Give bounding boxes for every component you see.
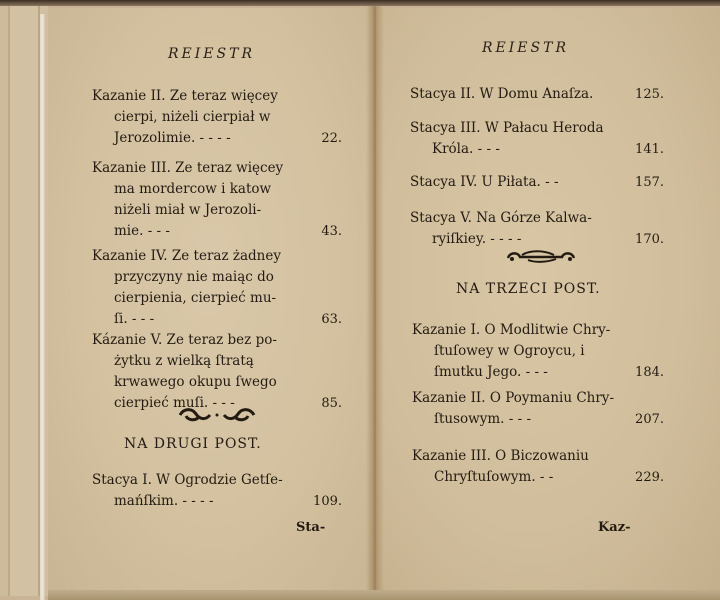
section-title: NA TRZECI POST. <box>456 281 601 297</box>
page-number: 184. <box>635 362 664 383</box>
top-shadow <box>0 0 720 6</box>
right-page-heading: REIESTR <box>482 40 569 56</box>
toc-entry: Kazanie II. Ze teraz więcey cierpi, niże… <box>92 86 342 149</box>
right-page: REIESTR Stacya II. W Domu Anaſza. 125. S… <box>376 8 720 592</box>
section-title: NA DRUGI POST. <box>124 436 262 452</box>
page-number: 22. <box>321 128 342 149</box>
page-number: 207. <box>635 409 664 430</box>
book-spread: REIESTR Kazanie II. Ze teraz więcey cier… <box>0 0 720 600</box>
toc-entry: Stacya V. Na Górze Kalwa- ryiſkiey. - - … <box>410 208 664 250</box>
toc-entry: Kazanie II. O Poymaniu Chry- ſtusowym. -… <box>412 388 664 430</box>
toc-entry: Kazanie IV. Ze teraz żadney przyczyny ni… <box>92 246 342 330</box>
page-number: 125. <box>635 84 664 105</box>
glass-edge <box>40 14 45 600</box>
page-number: 229. <box>635 467 664 488</box>
toc-entry: Kazanie III. Ze teraz więcey ma morderco… <box>92 158 342 242</box>
left-page-heading: REIESTR <box>168 46 255 62</box>
catchword: Kaz- <box>598 520 631 535</box>
toc-entry: Kazanie I. O Modlitwie Chry- ſtuſowey w … <box>412 320 664 383</box>
toc-entry: Kázanie V. Ze teraz bez po- żytku z wiel… <box>92 330 342 414</box>
page-number: 109. <box>313 491 342 512</box>
catchword: Sta- <box>296 520 325 535</box>
fleuron-ornament-icon <box>176 406 258 424</box>
fleuron-ornament-icon <box>504 248 578 264</box>
left-page: REIESTR Kazanie II. Ze teraz więcey cier… <box>48 8 374 592</box>
page-number: 157. <box>635 172 664 193</box>
toc-entry: Stacya I. W Ogrodzie Getſe- mańſkim. - -… <box>92 470 342 512</box>
page-number: 63. <box>321 309 342 330</box>
book-gutter <box>366 6 384 600</box>
toc-entry: Kazanie III. O Biczowaniu Chryſtuſowym. … <box>412 446 664 488</box>
page-number: 141. <box>635 139 664 160</box>
page-number: 43. <box>321 221 342 242</box>
page-number: 85. <box>321 393 342 414</box>
bottom-page-edge <box>48 590 720 600</box>
toc-entry: Stacya IV. U Piłata. - - 157. <box>410 172 664 193</box>
page-number: 170. <box>635 229 664 250</box>
toc-entry: Stacya II. W Domu Anaſza. 125. <box>410 84 664 105</box>
toc-entry: Stacya III. W Pałacu Heroda Króla. - - -… <box>410 118 664 160</box>
